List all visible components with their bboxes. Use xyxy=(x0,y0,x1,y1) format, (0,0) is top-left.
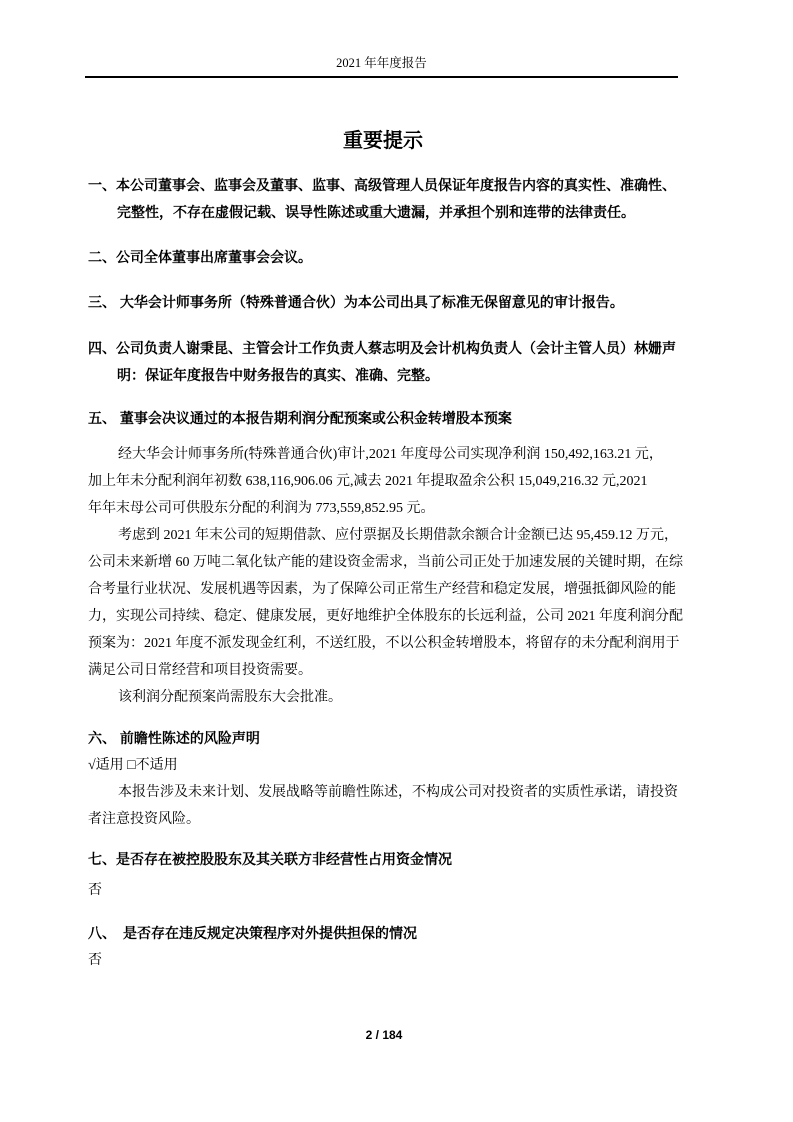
section-4-heading: 四、公司负责人谢秉昆、主管会计工作负责人蔡志明及会计机构负责人（会计主管人员）林… xyxy=(88,335,688,389)
page-number: 2 / 184 xyxy=(88,1026,680,1044)
section-1-heading: 一、本公司董事会、监事会及董事、监事、高级管理人员保证年度报告内容的真实性、准确… xyxy=(88,172,688,226)
section-2-heading: 二、公司全体董事出席董事会会议。 xyxy=(88,244,688,271)
section-6-applicability-line: √适用 □不适用 xyxy=(88,752,688,779)
document-body: 一、本公司董事会、监事会及董事、监事、高级管理人员保证年度报告内容的真实性、准确… xyxy=(88,172,688,974)
section-5-paragraph-3: 该利润分配预案尚需股东大会批准。 xyxy=(88,684,688,711)
section-5-paragraph-1: 经大华会计师事务所(特殊普通合伙)审计,2021 年度母公司实现净利润 150,… xyxy=(88,441,688,522)
section-8-answer: 否 xyxy=(88,947,688,974)
section-7-heading: 七、是否存在被控股股东及其关联方非经营性占用资金情况 xyxy=(88,846,688,873)
section-7-answer: 否 xyxy=(88,877,688,904)
section-5-heading: 五、 董事会决议通过的本报告期利润分配预案或公积金转增股本预案 xyxy=(88,405,688,432)
section-6-heading: 六、 前瞻性陈述的风险声明 xyxy=(88,725,688,752)
section-8-heading: 八、 是否存在违反规定决策程序对外提供担保的情况 xyxy=(88,920,688,947)
page-header: 2021 年年度报告 xyxy=(85,54,678,78)
section-5-paragraph-2: 考虑到 2021 年末公司的短期借款、应付票据及长期借款余额合计金额已达 95,… xyxy=(88,522,688,684)
page-title: 重要提示 xyxy=(88,130,678,152)
document-page: 2021 年年度报告 重要提示 一、本公司董事会、监事会及董事、监事、高级管理人… xyxy=(0,0,793,1122)
section-3-heading: 三、 大华会计师事务所（特殊普通合伙）为本公司出具了标准无保留意见的审计报告。 xyxy=(88,289,688,316)
section-6-paragraph-1: 本报告涉及未来计划、发展战略等前瞻性陈述，不构成公司对投资者的实质性承诺，请投资… xyxy=(88,779,688,833)
